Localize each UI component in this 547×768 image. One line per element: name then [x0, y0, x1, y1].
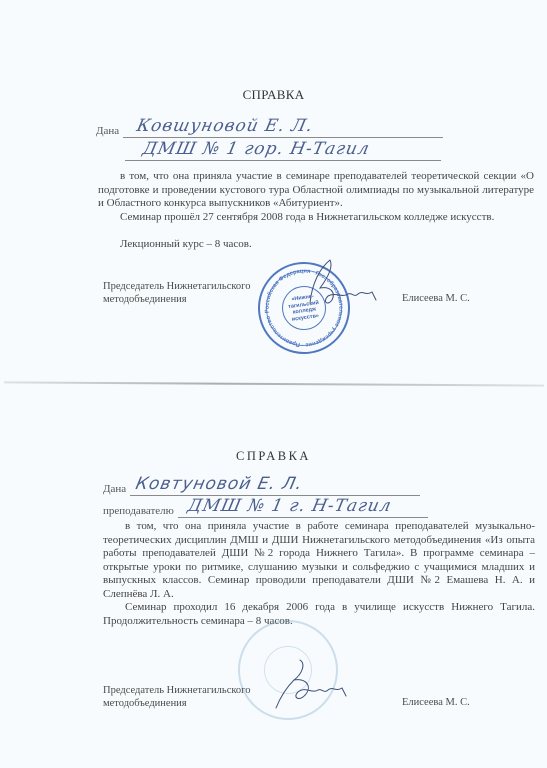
issued-to-line: Ковшуновой Е. Л.	[123, 118, 443, 138]
certificate-2-paragraph-1: в том, что она приняла участие в работе …	[103, 520, 535, 601]
certificate-2-title: СПРАВКА	[0, 449, 547, 464]
page-fold-line	[4, 381, 544, 386]
certificate-2-signature-icon	[272, 658, 352, 718]
certificate-1-paragraph-1: в том, что она приняла участие в семинар…	[98, 170, 534, 211]
certificate-1-paragraph-2: Семинар прошёл 27 сентября 2008 года в Н…	[98, 211, 534, 225]
certificate-1-signature-icon	[300, 258, 380, 318]
certificate-1-signatory-title: Председатель Нижнетагильского методобъед…	[103, 280, 250, 306]
certificate-1-signatory-name: Елисеева М. С.	[402, 293, 470, 304]
certificate-1-issued-to-row: Дана Ковшуновой Е. Л.	[96, 118, 443, 138]
workplace-line: ДМШ № 1 гор. Н-Тагил	[125, 141, 441, 161]
scanned-document: СПРАВКА Дана Ковшуновой Е. Л. ДМШ № 1 го…	[0, 0, 547, 768]
certificate-1-title: СПРАВКА	[0, 87, 547, 103]
certificate-2-position-row: преподавателю ДМШ № 1 г. Н-Тагил	[103, 498, 428, 518]
issued-to-label: Дана	[103, 482, 126, 496]
issued-to-line: Ковтуновой Е. Л.	[130, 476, 420, 496]
certificate-2-paragraph-2: Семинар проходил 16 декабря 2006 года в …	[103, 601, 535, 628]
certificate-2-signatory-name: Елисеева М. С.	[402, 697, 470, 708]
handwritten-recipient-name: Ковшуновой Е. Л.	[135, 116, 315, 136]
handwritten-recipient-name: Ковтуновой Е. Л.	[134, 474, 305, 494]
certificate-2-signatory-title: Председатель Нижнетагильского методобъед…	[103, 684, 250, 710]
handwritten-workplace: ДМШ № 1 гор. Н-Тагил	[141, 139, 372, 159]
position-line: ДМШ № 1 г. Н-Тагил	[178, 498, 428, 518]
certificate-1-workplace-row: ДМШ № 1 гор. Н-Тагил	[125, 141, 441, 161]
certificate-1-paragraph-3: Лекционный курс – 8 часов.	[98, 238, 534, 252]
handwritten-workplace: ДМШ № 1 г. Н-Тагил	[186, 496, 394, 516]
position-label: преподавателю	[103, 504, 174, 518]
certificate-2-issued-to-row: Дана Ковтуновой Е. Л.	[103, 476, 420, 496]
issued-to-label: Дана	[96, 124, 119, 138]
